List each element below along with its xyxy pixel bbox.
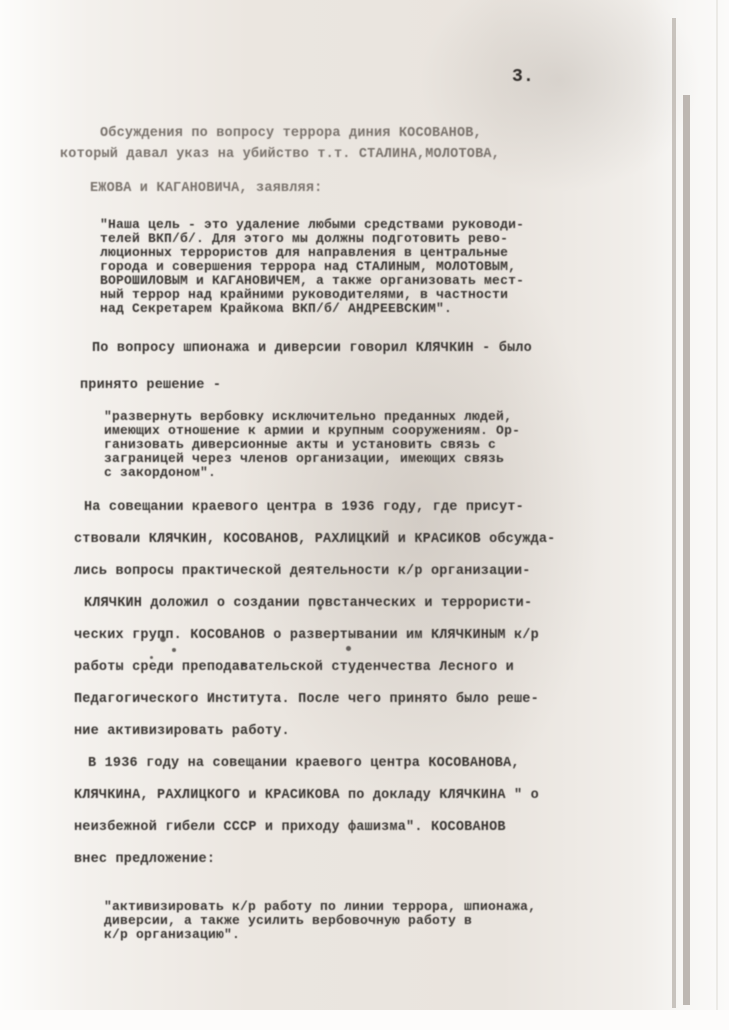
text-line: лись вопросы практической деятельности к… (74, 564, 531, 579)
ink-spot (172, 648, 176, 652)
quote-line: "развернуть вербовку исключительно преда… (104, 410, 512, 424)
text-line: неизбежной гибели СССР и приходу фашизма… (74, 820, 506, 835)
ink-spot (318, 606, 322, 610)
quote-line: диверсии, а также усилить вербовочную ра… (104, 914, 472, 928)
text-line: принято решение - (80, 378, 221, 393)
typewritten-document: 3. Обсуждения по вопросу террора диния К… (0, 0, 729, 1030)
quote-line: "Наша цель - это удаление любыми средств… (100, 218, 524, 232)
text-line: работы среди преподавательской студенчес… (74, 660, 514, 675)
quote-line: к/р организацию". (104, 928, 240, 942)
text-line: ЕЖОВА и КАГАНОВИЧА, заявляя: (90, 181, 322, 196)
photo-border (0, 1010, 729, 1030)
text-line: ческих групп. КОСОВАНОВ о развертывании … (74, 628, 539, 643)
text-line: Обсуждения по вопросу террора диния КОСО… (100, 126, 482, 141)
text-line: На совещании краевого центра в 1936 году… (84, 500, 524, 515)
text-line: Педагогического Института. После чего пр… (74, 692, 539, 707)
quote-line: заграницей через членов организации, име… (104, 452, 504, 466)
text-line: В 1936 году на совещании краевого центра… (88, 756, 520, 771)
text-line: ние активизировать работу. (74, 724, 290, 739)
quote-line: ганизовать диверсионные акты и установит… (104, 438, 496, 452)
quote-line: "активизировать к/р работу по линии терр… (104, 900, 536, 914)
text-line: По вопросу шпионажа и диверсии говорил К… (92, 341, 532, 356)
quote-line: телей ВКП/б/. Для этого мы должны подгот… (100, 232, 508, 246)
text-line: КЛЯЧКИН доложил о создании повстанческих… (84, 596, 532, 611)
quote-line: с закордоном". (104, 466, 216, 480)
text-line: который давал указ на убийство т.т. СТАЛ… (60, 147, 500, 162)
quote-line: ВОРОШИЛОВЫМ и КАГАНОВИЧЕМ, а также орган… (100, 274, 524, 288)
text-line: внес предложение: (74, 852, 215, 867)
quote-line: ный террор над крайними руководителями, … (100, 288, 508, 302)
quote-line: города и совершения террора над СТАЛИНЫМ… (100, 260, 516, 274)
ink-spot (346, 646, 351, 651)
ink-spot (160, 636, 166, 642)
quote-line: над Секретарем Крайкома ВКП/б/ АНДРЕЕВСК… (100, 302, 452, 316)
ink-spot (150, 656, 153, 659)
quote-line: люционных террористов для направления в … (100, 246, 508, 260)
quote-line: имеющих отношение к армии и крупным соор… (104, 424, 520, 438)
text-line: ствовали КЛЯЧКИН, КОСОВАНОВ, РАХЛИЦКИЙ и… (74, 532, 555, 547)
text-line: КЛЯЧКИНА, РАХЛИЦКОГО и КРАСИКОВА по докл… (74, 788, 539, 803)
ink-spot (242, 663, 245, 666)
page-number: 3. (512, 67, 534, 87)
